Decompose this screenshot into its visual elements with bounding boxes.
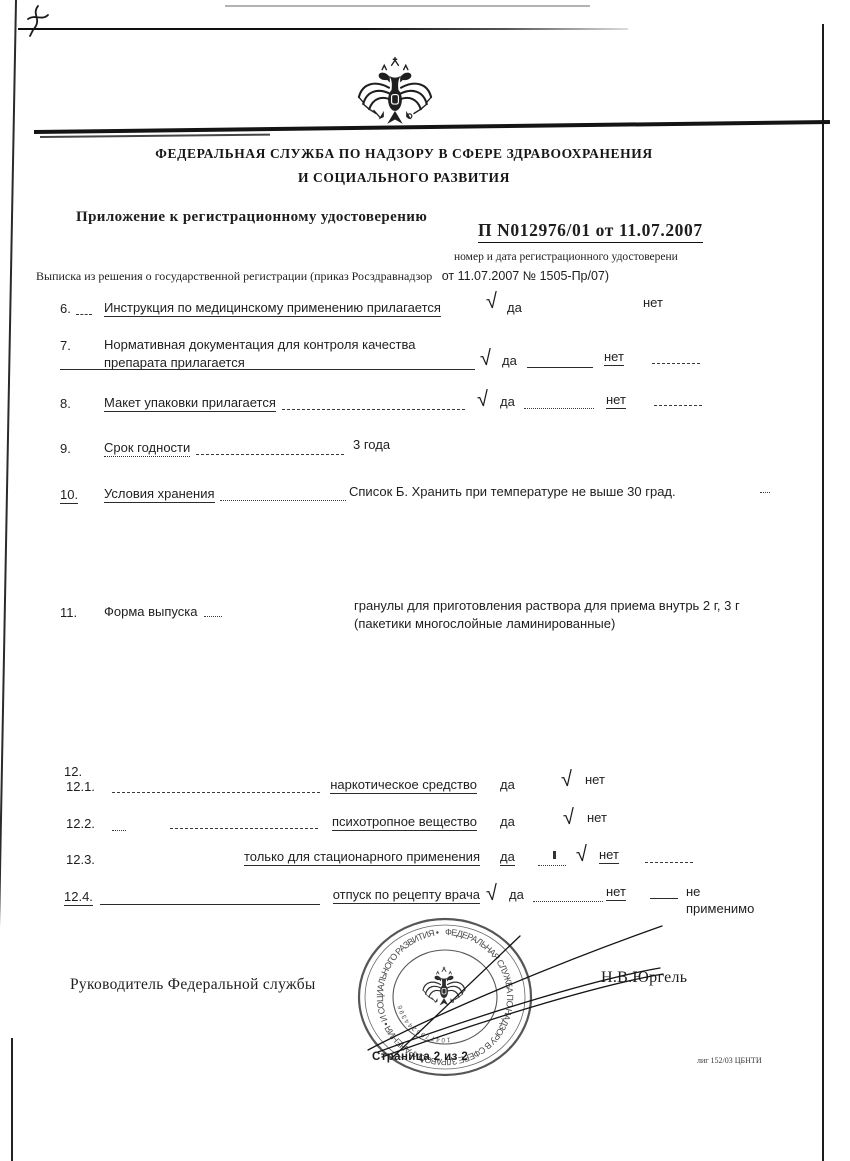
org-name-line2: И СОЦИАЛЬНОГО РАЗВИТИЯ <box>0 170 808 186</box>
page-number: Страница 2 из 2 <box>372 1051 468 1063</box>
item7-yes-line <box>527 367 593 368</box>
item8-yes: да <box>500 394 515 409</box>
item12-2-yes: да <box>500 814 515 829</box>
item12-4-no: нет <box>606 884 626 901</box>
item7-no-dash <box>652 363 700 364</box>
item12-2-label-text: психотропное вещество <box>332 814 477 831</box>
item9-number: 9. <box>60 441 71 456</box>
item12-1-checkmark: √ <box>560 769 573 791</box>
item10-value: Список Б. Хранить при температуре не выш… <box>349 484 676 499</box>
header-rule-2 <box>40 134 270 138</box>
item12-4-fill-line <box>100 904 320 905</box>
doc-code: лиг 152/03 ЦБНТИ <box>697 1056 762 1065</box>
item6-checkmark: √ <box>485 291 498 313</box>
item12-4-number: 12.4. <box>64 889 93 906</box>
item10-number: 10. <box>60 487 78 504</box>
item11-fill-dots <box>204 616 222 617</box>
item8-yes-dots <box>524 408 594 409</box>
item11-value-line2: (пакетики многослойные ламинированные) <box>354 616 615 631</box>
item8-fill-dash <box>282 409 465 410</box>
item12-3-checkmark: √ <box>575 844 588 866</box>
item12-1-number: 12.1. <box>66 779 95 794</box>
item12-3-number: 12.3. <box>66 852 95 867</box>
scan-border-right <box>822 24 824 1161</box>
extract-order-ref: от 11.07.2007 № 1505-Пр/07) <box>442 269 609 283</box>
item12-1-label-text: наркотическое средство <box>330 777 477 794</box>
scan-line-top <box>18 28 628 30</box>
item7-no: нет <box>604 349 624 366</box>
item9-label: Срок годности <box>104 440 190 457</box>
coat-of-arms-eagle-icon <box>352 52 438 132</box>
item12-2-checkmark: √ <box>562 807 575 829</box>
registration-number-caption: номер и дата регистрационного удостовере… <box>454 251 678 263</box>
item7-checkmark: √ <box>479 348 492 370</box>
item12-2-dots <box>112 830 126 831</box>
item7-label-line1: Нормативная документация для контроля ка… <box>104 337 415 352</box>
item11-number: 11. <box>60 605 77 620</box>
item7-label-line2: препарата прилагается <box>104 355 245 370</box>
item6-label: Инструкция по медицинскому применению пр… <box>104 300 441 317</box>
item12-4-na-line2: применимо <box>686 901 754 916</box>
item11-value-line1: гранулы для приготовления раствора для п… <box>354 598 740 613</box>
item12-2-label: психотропное вещество <box>115 814 477 829</box>
item6-yes: да <box>507 300 522 315</box>
item7-yes: да <box>502 353 517 368</box>
item12-1-yes: да <box>500 777 515 792</box>
item12-4-na-line1: не <box>686 884 700 899</box>
item6-number-dash <box>76 314 92 315</box>
item12-2-no: нет <box>587 810 607 825</box>
item12-3-yes: да <box>500 849 515 866</box>
extract-text: Выписка из решения о государственной рег… <box>36 269 432 283</box>
item9-value: 3 года <box>353 437 390 452</box>
item12-3-no-dash <box>645 862 693 863</box>
item8-number: 8. <box>60 396 71 411</box>
extract-line: Выписка из решения о государственной рег… <box>36 267 609 285</box>
item11-label: Форма выпуска <box>104 604 197 619</box>
item6-no: нет <box>643 295 663 310</box>
item12-number: 12. <box>64 764 82 779</box>
item9-fill-dash <box>196 454 344 455</box>
document-page: ФЕДЕРАЛЬНАЯ СЛУЖБА ПО НАДЗОРУ В СФЕРЕ ЗД… <box>0 0 850 1161</box>
item12-1-no: нет <box>585 772 605 787</box>
item12-3-mid-dots <box>538 865 566 866</box>
item12-3-stray-mark <box>553 851 556 859</box>
item7-number: 7. <box>60 338 71 353</box>
appendix-title: Приложение к регистрационному удостовере… <box>76 209 427 226</box>
org-name-line1: ФЕДЕРАЛЬНАЯ СЛУЖБА ПО НАДЗОРУ В СФЕРЕ ЗД… <box>0 146 808 162</box>
registration-number: П N012976/01 от 11.07.2007 <box>478 220 703 243</box>
item12-3-label: только для стационарного применения <box>115 849 480 864</box>
item12-1-label: наркотическое средство <box>115 777 477 792</box>
item10-fill-dots <box>220 500 346 501</box>
item12-1-fill-dash <box>112 792 320 793</box>
item12-3-no: нет <box>599 847 619 864</box>
item8-no: нет <box>606 392 626 409</box>
signatory-title: Руководитель Федеральной службы <box>70 976 316 994</box>
scan-border-left-2 <box>11 1038 13 1161</box>
item12-2-number: 12.2. <box>66 816 95 831</box>
item12-3-label-text: только для стационарного применения <box>244 849 480 866</box>
item7-fill-line <box>60 369 475 370</box>
handwritten-mark <box>24 3 52 43</box>
item8-checkmark: √ <box>476 389 489 411</box>
item8-no-dash <box>654 405 702 406</box>
stray-dash <box>760 492 770 493</box>
scan-line-faint-top <box>225 5 590 7</box>
item8-label: Макет упаковки прилагается <box>104 395 276 412</box>
item6-number: 6. <box>60 301 71 316</box>
item10-label: Условия хранения <box>104 486 215 503</box>
item12-4-no-line <box>650 898 678 899</box>
